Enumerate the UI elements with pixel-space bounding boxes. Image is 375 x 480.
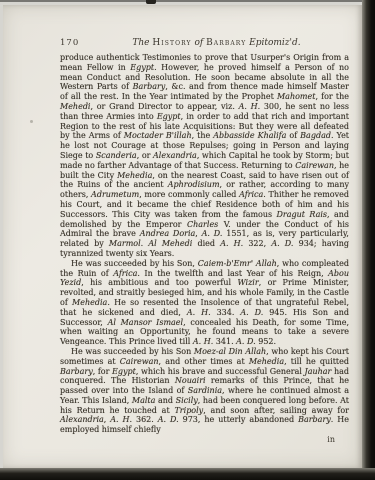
text-run: , or bbox=[137, 151, 153, 160]
text-run: Alexandria bbox=[153, 151, 197, 160]
text-run: , and soon after, sailing away for bbox=[203, 406, 349, 415]
text-run: 952. bbox=[256, 337, 276, 346]
text-run: Barbary bbox=[298, 415, 331, 424]
text-run: Malta bbox=[132, 396, 156, 405]
text-run: Mehedi bbox=[60, 102, 91, 111]
text-run: He was succeeded by his Son bbox=[71, 347, 194, 356]
text-run: Marmol bbox=[109, 239, 141, 248]
text-run: Bagdad bbox=[300, 131, 331, 140]
text-run: 362. bbox=[132, 415, 158, 424]
catchword: in bbox=[327, 435, 335, 444]
book-page: 170 The History of Barbary Epitomiz'd. p… bbox=[3, 5, 362, 468]
scanned-book-page: 170 The History of Barbary Epitomiz'd. p… bbox=[0, 0, 375, 480]
text-run: A. H. bbox=[110, 415, 132, 424]
text-run: 341. bbox=[213, 337, 236, 346]
text-run: Cairewan bbox=[120, 357, 159, 366]
paper-speckle bbox=[30, 120, 33, 123]
text-run: and bbox=[155, 396, 175, 405]
text-run: Mahomet bbox=[277, 92, 315, 101]
text-run: A. D. bbox=[158, 415, 179, 424]
scan-top-notch bbox=[146, 0, 156, 4]
text-run: 334. bbox=[211, 308, 241, 317]
text-run: A. H. bbox=[187, 308, 211, 317]
text-run: History bbox=[152, 38, 191, 48]
text-run: Al Mansor Ismael bbox=[108, 318, 184, 327]
text-run: Egypt bbox=[130, 63, 154, 72]
text-run: Nouairi bbox=[175, 376, 206, 385]
text-run: Jauhar bbox=[305, 367, 332, 376]
text-run: A. D. bbox=[236, 337, 256, 346]
catchword-row: in bbox=[60, 435, 349, 445]
text-run: Epitomiz'd. bbox=[246, 38, 300, 48]
text-run: Moez-al Din Allah bbox=[194, 347, 266, 356]
text-run: The bbox=[132, 38, 152, 48]
text-run: Dragut Rais bbox=[277, 210, 328, 219]
text-run: A. H. bbox=[220, 239, 243, 248]
text-run: Egypt bbox=[112, 367, 136, 376]
text-run: Mehedia bbox=[117, 171, 152, 180]
text-run: Al Mehedi bbox=[148, 239, 192, 248]
text-run: Africa bbox=[113, 269, 137, 278]
text-run: , or Grand Director to appear, viz. bbox=[91, 102, 239, 111]
text-run: Caiem-b'Emr' Allah bbox=[198, 259, 277, 268]
text-run: Mehedia bbox=[72, 298, 107, 307]
text-run: , more commonly called bbox=[139, 190, 239, 199]
text-run: Barbary bbox=[206, 38, 246, 48]
text-run: , his ambitious and too powerful bbox=[81, 278, 237, 287]
text-run: Andrea Doria bbox=[140, 229, 196, 238]
paragraph: He was succeeded by his Son, Caiem-b'Emr… bbox=[60, 259, 349, 347]
text-run: A. D. bbox=[202, 229, 223, 238]
text-run: Charles bbox=[187, 220, 218, 229]
page-body: produce authentick Testimonies to prove … bbox=[60, 53, 349, 435]
text-run: died bbox=[192, 239, 220, 248]
text-run: Alexandria bbox=[60, 415, 104, 424]
page-number: 170 bbox=[60, 38, 102, 48]
scan-edge-bottom bbox=[0, 468, 375, 480]
text-run: , and other times at bbox=[159, 357, 249, 366]
text-run: Barbary bbox=[133, 82, 166, 91]
text-run: Cairewan bbox=[295, 161, 334, 170]
text-run: Egypt bbox=[157, 112, 181, 121]
text-run: Moctader B'illah bbox=[124, 131, 192, 140]
text-run: of bbox=[192, 38, 206, 48]
text-run: , which his brave and successful General bbox=[136, 367, 305, 376]
text-run: A. H. bbox=[193, 337, 213, 346]
text-run: A. H. bbox=[239, 102, 261, 111]
text-run: Adrumetum bbox=[91, 190, 139, 199]
text-run: , for the bbox=[315, 92, 349, 101]
text-run: 973, he utterly abandoned bbox=[179, 415, 298, 424]
scan-edge-right bbox=[362, 0, 375, 480]
text-run: Mehedia bbox=[249, 357, 284, 366]
text-run: Sicily bbox=[176, 396, 198, 405]
text-run: Abbasside Khalifa bbox=[213, 131, 286, 140]
text-run: Africa bbox=[239, 190, 263, 199]
page-header: 170 The History of Barbary Epitomiz'd. bbox=[60, 38, 349, 48]
text-run: Sardinia bbox=[188, 386, 222, 395]
text-run: A. D. bbox=[271, 239, 293, 248]
text-run: Scanderia bbox=[96, 151, 137, 160]
text-run: 322, bbox=[243, 239, 271, 248]
text-run: A. D. bbox=[240, 308, 263, 317]
text-run: Barbary bbox=[60, 367, 93, 376]
text-run: Aphrodisium bbox=[168, 180, 220, 189]
text-run: Wizir bbox=[237, 278, 258, 287]
scan-edge-top bbox=[0, 0, 375, 2]
paragraph: produce authentick Testimonies to prove … bbox=[60, 53, 349, 259]
text-run: Tripoly bbox=[174, 406, 203, 415]
text-run: , for bbox=[93, 367, 112, 376]
text-run: of bbox=[286, 131, 300, 140]
text-run: , the bbox=[192, 131, 214, 140]
running-title: The History of Barbary Epitomiz'd. bbox=[102, 38, 331, 48]
paper-speckle bbox=[340, 300, 342, 304]
text-run: . In the twelfth and last Year of his Re… bbox=[137, 269, 328, 278]
paragraph: He was succeeded by his Son Moez-al Din … bbox=[60, 347, 349, 435]
text-run: , till he quitted bbox=[284, 357, 349, 366]
text-run: He was succeeded by his Son, bbox=[71, 259, 198, 268]
